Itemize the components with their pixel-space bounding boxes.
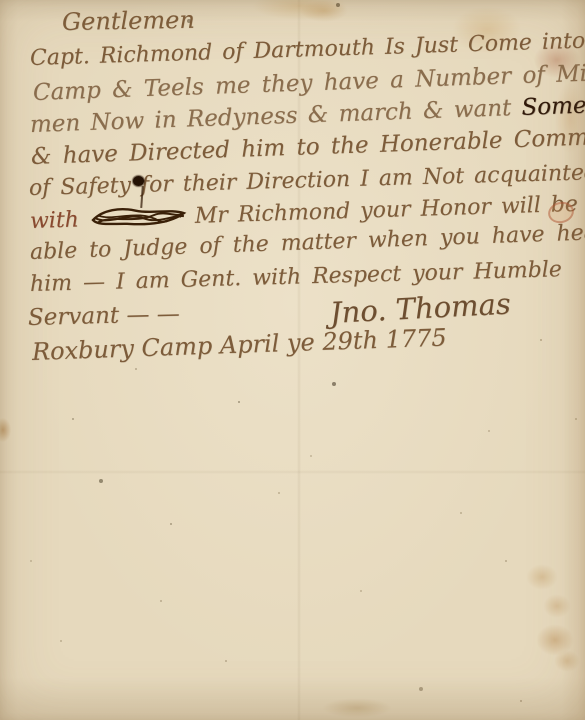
stain [300,0,348,22]
crossed-out-word [88,203,189,230]
foxing-stain [0,418,11,442]
foxing-stain [554,650,580,672]
letter-line-3-dark-words: Some Powder [521,89,585,121]
letter-line-9: Servant — — [28,301,180,331]
foxing-stain [543,594,571,618]
dateline: Roxbury Camp April ye 29th 1775 [32,324,448,366]
foxing-stain [526,564,558,590]
ink-blot [133,176,144,186]
manuscript-page: Gentlemen Capt. Richmond of Dartmouth Is… [0,0,585,720]
foxing-stain [536,624,574,656]
paper-specks [0,0,2,2]
salutation: Gentlemen [62,6,195,36]
horizontal-fold-crease [0,470,585,474]
letter-line-6-text: with [30,207,80,234]
foxing-stain [322,698,392,718]
